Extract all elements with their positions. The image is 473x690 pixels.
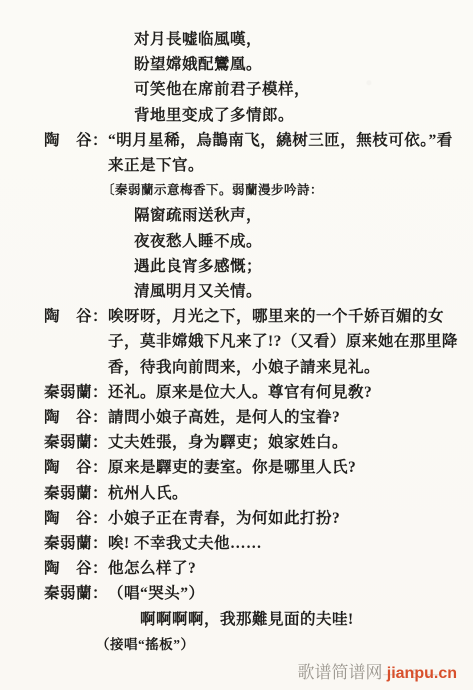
dialogue-line: 秦弱蘭： 唉! 不幸我丈夫他…… bbox=[44, 531, 467, 556]
dialogue-text: 杭州人氏。 bbox=[108, 481, 467, 506]
watermark-site-url: jianpu.cn bbox=[387, 665, 457, 682]
dialogue-text: 唉! 不幸我丈夫他…… bbox=[108, 531, 467, 556]
poem-line: 遇此良宵多感慨； bbox=[44, 254, 467, 279]
dialogue-text: 还礼。原来是位大人。尊官有何見敎? bbox=[108, 380, 467, 405]
dialogue-text: 唉呀呀，月光之下，哪里来的一个千娇百媚的女子，莫非嫦娥下凡来了!?（又看）原来她… bbox=[108, 304, 467, 380]
script-content: 对月長嘘临風嘆， 盼望嫦娥配鸞凰。 可笑他在席前君子模样， 背地里变成了多情郎。… bbox=[44, 27, 467, 657]
dialogue-text: 請問小娘子高姓，是何人的宝眷? bbox=[108, 405, 467, 430]
dialogue-line: 陶 谷： 他怎么样了? bbox=[44, 556, 467, 581]
speaker-name: 秦弱蘭： bbox=[44, 581, 108, 606]
dialogue-line: 陶 谷： 原来是驛吏的妻室。你是哪里人氏? bbox=[44, 455, 467, 480]
dialogue-text: 丈夫姓張，身为驛吏；娘家姓白。 bbox=[108, 430, 467, 455]
speaker-name: 秦弱蘭： bbox=[44, 430, 108, 455]
dialogue-text: 小娘子正在靑春，为何如此打扮? bbox=[108, 506, 467, 531]
opera-script-page: 对月長嘘临風嘆， 盼望嫦娥配鸞凰。 可笑他在席前君子模样， 背地里变成了多情郎。… bbox=[0, 0, 473, 690]
dialogue-text: （唱“哭头”） bbox=[108, 581, 467, 606]
dialogue-line: 陶 谷： “明月星稀，烏鵲南飞，繞树三匝，無枝可依。”看来正是下官。 bbox=[44, 128, 467, 178]
watermark-site-name: 歌谱简谱网 bbox=[298, 663, 383, 682]
sung-verse-line: 盼望嫦娥配鸞凰。 bbox=[44, 52, 467, 77]
sung-verse-line: 对月長嘘临風嘆， bbox=[44, 27, 467, 52]
sung-cry-line: 啊啊啊啊，我那難見面的夫哇! bbox=[44, 607, 467, 632]
speaker-name: 秦弱蘭： bbox=[44, 380, 108, 405]
speaker-name: 陶 谷： bbox=[44, 128, 108, 178]
speaker-name: 陶 谷： bbox=[44, 405, 108, 430]
speaker-name: 陶 谷： bbox=[44, 506, 108, 531]
dialogue-line: 秦弱蘭： 还礼。原来是位大人。尊官有何見敎? bbox=[44, 380, 467, 405]
poem-line: 隔窗疏雨送秋声， bbox=[44, 203, 467, 228]
sung-verse-line: 可笑他在席前君子模样， bbox=[44, 77, 467, 102]
dialogue-text: 他怎么样了? bbox=[108, 556, 467, 581]
speaker-name: 秦弱蘭： bbox=[44, 481, 108, 506]
poem-line: 清風明月又关情。 bbox=[44, 279, 467, 304]
dialogue-text: “明月星稀，烏鵲南飞，繞树三匝，無枝可依。”看来正是下官。 bbox=[108, 128, 467, 178]
dialogue-line: 秦弱蘭： （唱“哭头”） bbox=[44, 581, 467, 606]
sung-verse-line: 背地里变成了多情郎。 bbox=[44, 103, 467, 128]
dialogue-line: 陶 谷： 唉呀呀，月光之下，哪里来的一个千娇百媚的女子，莫非嫦娥下凡来了!?（又… bbox=[44, 304, 467, 380]
dialogue-line: 秦弱蘭： 杭州人氏。 bbox=[44, 481, 467, 506]
speaker-name: 秦弱蘭： bbox=[44, 531, 108, 556]
stage-direction: 〔秦弱蘭示意梅香下。弱蘭漫步吟詩： bbox=[44, 178, 467, 203]
dialogue-line: 秦弱蘭： 丈夫姓張，身为驛吏；娘家姓白。 bbox=[44, 430, 467, 455]
dialogue-text: 原来是驛吏的妻室。你是哪里人氏? bbox=[108, 455, 467, 480]
dialogue-line: 陶 谷： 小娘子正在靑春，为何如此打扮? bbox=[44, 506, 467, 531]
site-watermark: 歌谱简谱网 jianpu.cn bbox=[298, 658, 457, 682]
speaker-name: 陶 谷： bbox=[44, 556, 108, 581]
poem-line: 夜夜愁人睡不成。 bbox=[44, 229, 467, 254]
speaker-name: 陶 谷： bbox=[44, 304, 108, 380]
dialogue-line: 陶 谷： 請問小娘子高姓，是何人的宝眷? bbox=[44, 405, 467, 430]
speaker-name: 陶 谷： bbox=[44, 455, 108, 480]
singing-cue: （接唱“搖板”） bbox=[44, 632, 467, 657]
